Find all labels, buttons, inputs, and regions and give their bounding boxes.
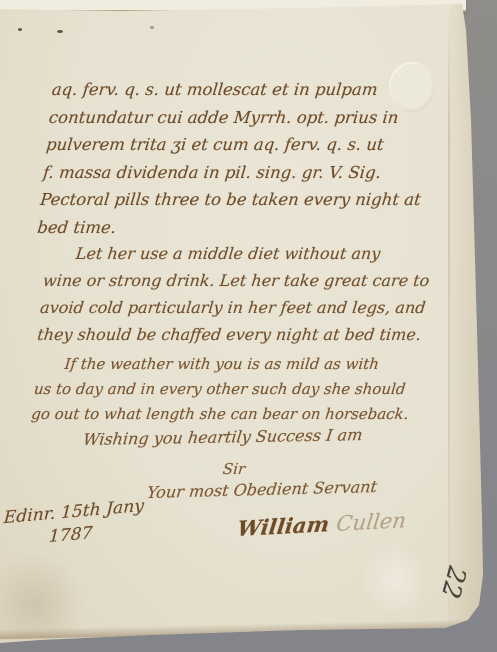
handwritten-line: Let her use a middle diet without any bbox=[45, 240, 434, 267]
ink-speck bbox=[150, 26, 154, 29]
handwritten-line: they should be chaffed every night at be… bbox=[36, 321, 425, 348]
handwritten-line: bed time. bbox=[36, 214, 419, 242]
handwritten-line: Pectoral pills three to be taken every n… bbox=[39, 186, 422, 214]
handwritten-line: us to day and in every other such day sh… bbox=[33, 377, 413, 402]
manuscript-scan: aq. ferv. q. s. ut mollescat et in pulpa… bbox=[0, 0, 497, 652]
worn-spot bbox=[362, 543, 428, 617]
signature-last-name: Cullen bbox=[335, 508, 407, 536]
handwritten-line: pulverem trita ʒi et cum aq. ferv. q. s.… bbox=[45, 131, 428, 159]
closing-wish: Wishing you heartily Success I am bbox=[82, 425, 364, 449]
closing-salutation: Sir bbox=[222, 460, 246, 478]
handwritten-line: aq. ferv. q. s. ut mollescat et in pulpa… bbox=[50, 76, 433, 104]
ink-speck bbox=[18, 28, 22, 31]
letter-page: aq. ferv. q. s. ut mollescat et in pulpa… bbox=[0, 0, 497, 652]
signature-first-name: William bbox=[236, 511, 331, 541]
ink-speck bbox=[57, 30, 63, 33]
handwritten-line: If the weather with you is as mild as wi… bbox=[35, 352, 415, 377]
handwritten-line: go out to what length she can bear on ho… bbox=[30, 402, 410, 427]
paper-stain bbox=[0, 552, 85, 652]
page-edge-shading bbox=[450, 4, 486, 629]
weather-advice-paragraph: If the weather with you is as mild as wi… bbox=[30, 352, 415, 427]
signature: William Cullen bbox=[236, 507, 408, 541]
handwritten-line: f. massa dividenda in pil. sing. gr. V. … bbox=[42, 159, 425, 187]
dateline: Edinr. 15th Jany 1787 bbox=[2, 496, 145, 551]
handwritten-line: wine or strong drink. Let her take great… bbox=[42, 267, 431, 294]
diet-advice-paragraph: Let her use a middle diet without any wi… bbox=[36, 240, 434, 348]
handwritten-line: avoid cold particularly in her feet and … bbox=[39, 294, 428, 321]
latin-recipe-paragraph: aq. ferv. q. s. ut mollescat et in pulpa… bbox=[36, 76, 434, 241]
handwritten-line: contundatur cui adde Myrrh. opt. prius i… bbox=[48, 104, 431, 132]
closing-valediction: Your most Obedient Servant bbox=[146, 477, 378, 502]
